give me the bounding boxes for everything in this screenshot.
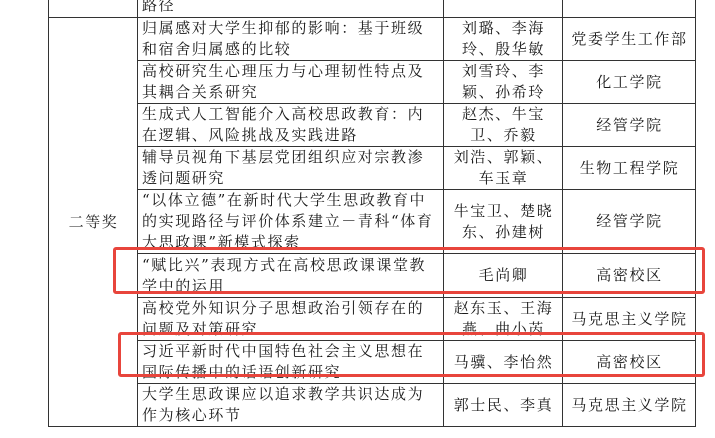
project-title: 路径 xyxy=(142,0,175,14)
unit-cell: 化工学院 xyxy=(563,61,696,104)
project-title: 辅导员视角下基层党团组织应对宗教渗透问题研究 xyxy=(142,148,424,187)
unit-cell: 高密校区 xyxy=(563,341,696,384)
table-row-previous: 路径 予校 马克思主义学院 xyxy=(49,0,696,18)
authors: 牛宝卫、楚晓东、孙建树 xyxy=(454,202,554,241)
authors-cell: 赵杰、牛宝卫、乔毅 xyxy=(444,104,563,147)
project-title-cell: 习近平新时代中国特色社会主义思想在国际传播中的话语创新研究 xyxy=(138,341,444,384)
unit-cell: 马克思主义学院 xyxy=(563,0,696,18)
table-row-highlighted: 习近平新时代中国特色社会主义思想在国际传播中的话语创新研究 马骥、李怡然 高密校… xyxy=(49,341,696,384)
project-title-cell: 路径 xyxy=(138,0,444,18)
unit: 化工学院 xyxy=(596,73,662,91)
project-title-cell: 高校党外知识分子思想政治引领存在的问题及对策研究 xyxy=(138,298,444,341)
unit: 党委学生工作部 xyxy=(571,30,687,48)
project-title-cell: 高校研究生心理压力与心理韧性特点及其耦合关系研究 xyxy=(138,61,444,104)
authors: 赵东玉、王海燕、曲小芮 xyxy=(454,299,554,338)
project-title: 生成式人工智能介入高校思政教育：内在逻辑、风险挑战及实践进路 xyxy=(142,105,424,144)
authors-cell: 马骥、李怡然 xyxy=(444,341,563,384)
project-title: 习近平新时代中国特色社会主义思想在国际传播中的话语创新研究 xyxy=(142,342,424,381)
authors: 郭士民、李真 xyxy=(454,396,554,414)
table-row: “以体立德”在新时代大学生思政教育中的实现路径与评价体系建立－青科“体育大思政课… xyxy=(49,190,696,254)
project-title: 大学生思政课应以追求教学共识达成为作为核心环节 xyxy=(142,385,424,424)
project-title-cell: 归属感对大学生抑郁的影响：基于班级和宿舍归属感的比较 xyxy=(138,18,444,61)
authors: 赵杰、牛宝卫、乔毅 xyxy=(462,105,545,144)
authors-cell: 刘璐、李海玲、殷华敏 xyxy=(444,18,563,61)
award-level-cell-previous xyxy=(49,0,138,18)
project-title: 高校研究生心理压力与心理韧性特点及其耦合关系研究 xyxy=(142,62,424,101)
authors-cell: 毛尚卿 xyxy=(444,254,563,298)
unit-cell: 党委学生工作部 xyxy=(563,18,696,61)
project-title-cell: “赋比兴”表现方式在高校思政课课堂教学中的运用 xyxy=(138,254,444,298)
project-title-cell: “以体立德”在新时代大学生思政教育中的实现路径与评价体系建立－青科“体育大思政课… xyxy=(138,190,444,254)
award-level-cell: 二等奖 xyxy=(49,18,138,427)
unit: 经管学院 xyxy=(596,212,662,230)
unit: 马克思主义学院 xyxy=(571,396,687,414)
project-title-cell: 辅导员视角下基层党团组织应对宗教渗透问题研究 xyxy=(138,147,444,190)
project-title: “赋比兴”表现方式在高校思政课课堂教学中的运用 xyxy=(142,256,426,295)
authors: 马骥、李怡然 xyxy=(454,353,554,371)
authors: 毛尚卿 xyxy=(479,266,529,284)
table-row: 高校研究生心理压力与心理韧性特点及其耦合关系研究 刘雪玲、李颖、孙希玲 化工学院 xyxy=(49,61,696,104)
authors-cell: 予校 xyxy=(444,0,563,18)
authors-cell: 郭士民、李真 xyxy=(444,384,563,427)
authors-cell: 刘浩、郭颖、车玉章 xyxy=(444,147,563,190)
table-row: 大学生思政课应以追求教学共识达成为作为核心环节 郭士民、李真 马克思主义学院 xyxy=(49,384,696,427)
table-row: 辅导员视角下基层党团组织应对宗教渗透问题研究 刘浩、郭颖、车玉章 生物工程学院 xyxy=(49,147,696,190)
unit: 高密校区 xyxy=(596,353,662,371)
project-title-cell: 生成式人工智能介入高校思政教育：内在逻辑、风险挑战及实践进路 xyxy=(138,104,444,147)
authors: 刘浩、郭颖、车玉章 xyxy=(454,148,554,187)
award-level: 二等奖 xyxy=(69,213,119,231)
project-title: “以体立德”在新时代大学生思政教育中的实现路径与评价体系建立－青科“体育大思政课… xyxy=(142,191,433,251)
authors-cell: 牛宝卫、楚晓东、孙建树 xyxy=(444,190,563,254)
authors-cell: 赵东玉、王海燕、曲小芮 xyxy=(444,298,563,341)
table-row-highlighted: “赋比兴”表现方式在高校思政课课堂教学中的运用 毛尚卿 高密校区 xyxy=(49,254,696,298)
unit-cell: 马克思主义学院 xyxy=(563,384,696,427)
unit: 经管学院 xyxy=(596,116,662,134)
unit-cell: 经管学院 xyxy=(563,104,696,147)
unit: 高密校区 xyxy=(596,266,662,284)
project-title: 归属感对大学生抑郁的影响：基于班级和宿舍归属感的比较 xyxy=(142,19,424,58)
unit-cell: 生物工程学院 xyxy=(563,147,696,190)
unit-cell: 经管学院 xyxy=(563,190,696,254)
awards-table: 路径 予校 马克思主义学院 二等奖 归属感对大学生抑郁的影响：基于班级和宿舍归属… xyxy=(48,0,696,427)
authors-cell: 刘雪玲、李颖、孙希玲 xyxy=(444,61,563,104)
table-row: 二等奖 归属感对大学生抑郁的影响：基于班级和宿舍归属感的比较 刘璐、李海玲、殷华… xyxy=(49,18,696,61)
unit-cell: 高密校区 xyxy=(563,254,696,298)
unit-cell: 马克思主义学院 xyxy=(563,298,696,341)
project-title: 高校党外知识分子思想政治引领存在的问题及对策研究 xyxy=(142,299,424,338)
table-row: 高校党外知识分子思想政治引领存在的问题及对策研究 赵东玉、王海燕、曲小芮 马克思… xyxy=(49,298,696,341)
table-row: 生成式人工智能介入高校思政教育：内在逻辑、风险挑战及实践进路 赵杰、牛宝卫、乔毅… xyxy=(49,104,696,147)
unit: 生物工程学院 xyxy=(580,159,680,177)
authors: 刘璐、李海玲、殷华敏 xyxy=(462,19,545,58)
authors: 刘雪玲、李颖、孙希玲 xyxy=(462,62,545,101)
unit: 马克思主义学院 xyxy=(571,310,687,328)
project-title-cell: 大学生思政课应以追求教学共识达成为作为核心环节 xyxy=(138,384,444,427)
